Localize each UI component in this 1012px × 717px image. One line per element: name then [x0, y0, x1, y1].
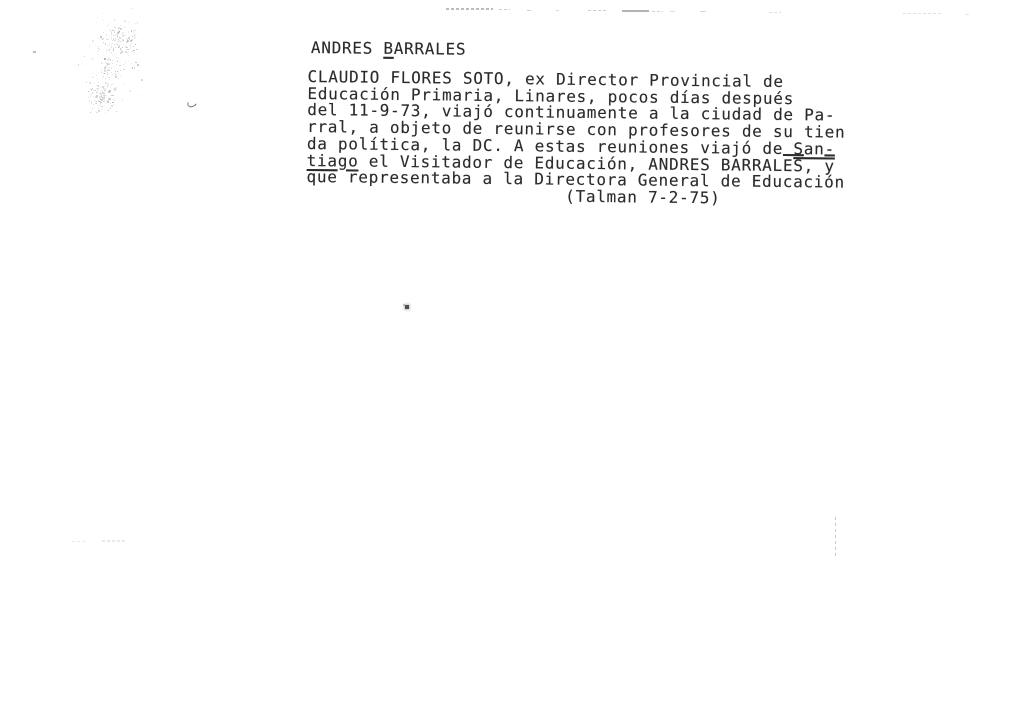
text-segment: ANDRES: [311, 38, 384, 58]
document-title: ANDRES BARRALES: [311, 40, 466, 58]
underlined-text: B: [383, 39, 394, 58]
text-segment: ARRALES: [394, 39, 467, 59]
scanned-document-page: ANDRES BARRALES CLAUDIO FLORES SOTO, ex …: [0, 0, 1012, 717]
typewritten-text-block: ANDRES BARRALES CLAUDIO FLORES SOTO, ex …: [0, 0, 1012, 717]
document-body: CLAUDIO FLORES SOTO, ex Director Provinc…: [306, 69, 846, 208]
text-segment: (Talman 7-2-75): [565, 187, 720, 208]
